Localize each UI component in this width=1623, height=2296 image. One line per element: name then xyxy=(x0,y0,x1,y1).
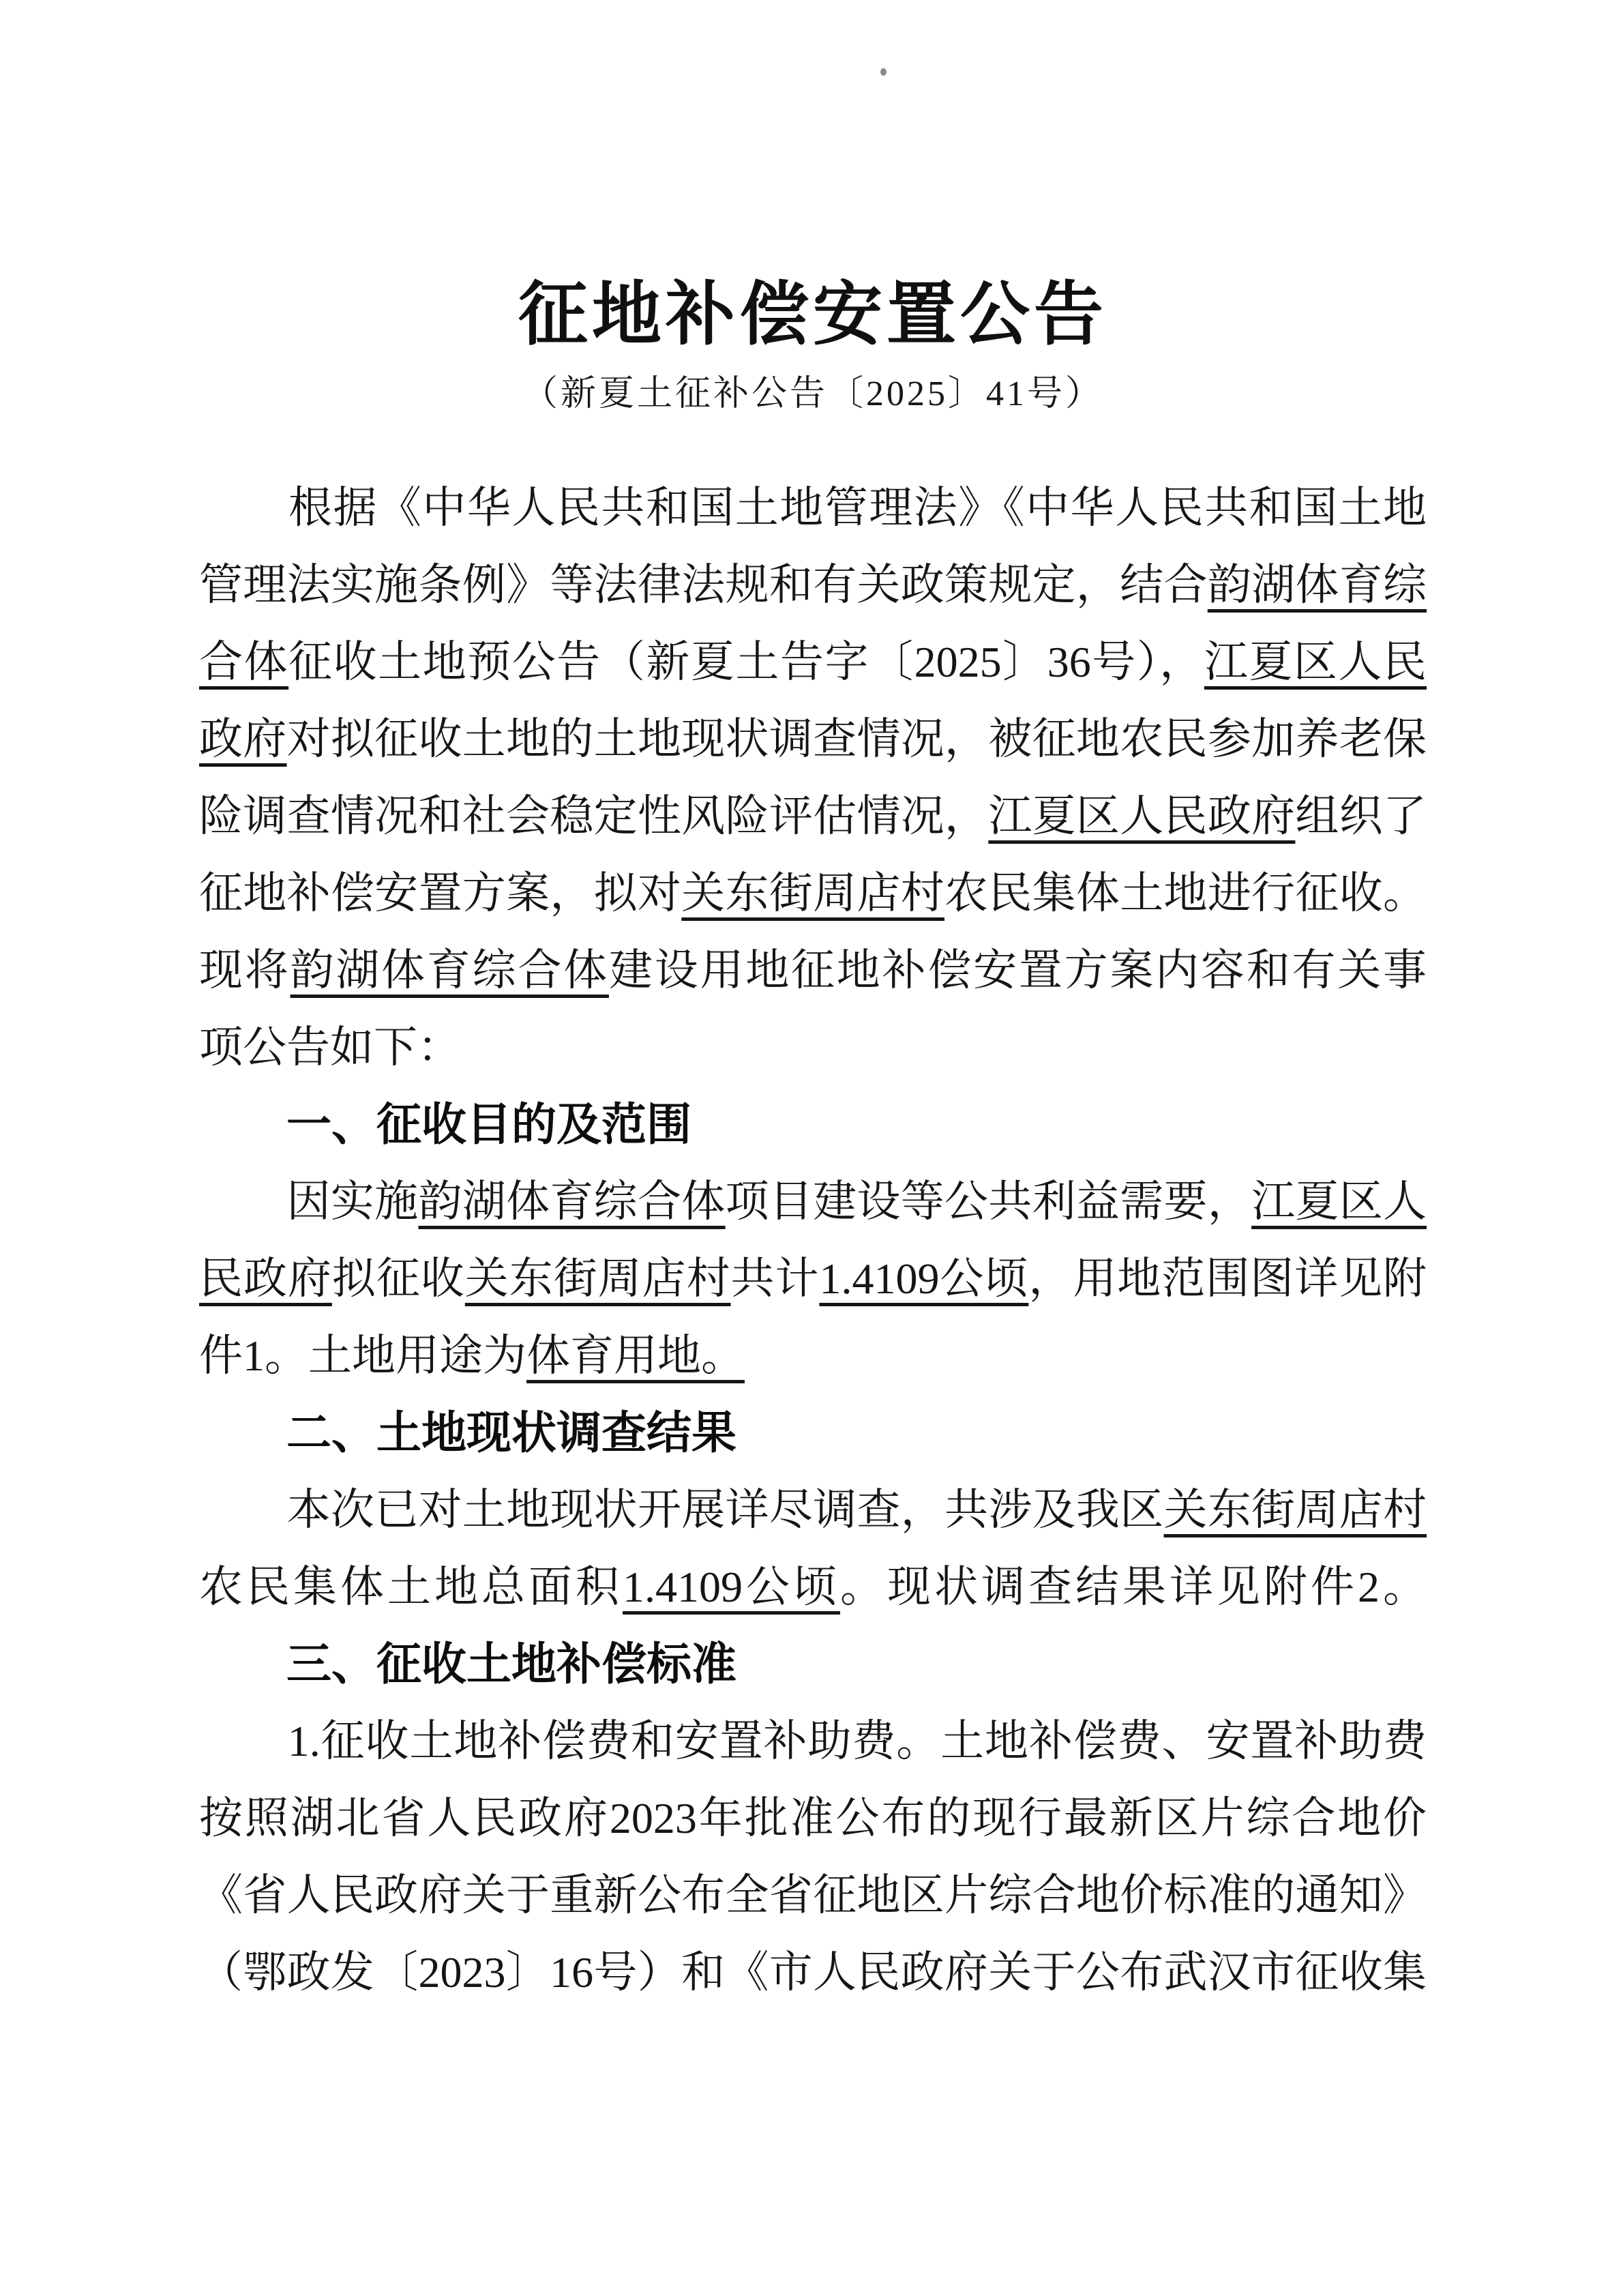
text-segment: 三、征收土地补偿标准 xyxy=(286,1638,736,1689)
underlined-text: 关东街周店村 xyxy=(465,1254,731,1303)
text-segment: 按照湖北省人民政府2023年批准公布的现行最新区片综合地价 xyxy=(199,1794,1427,1842)
text-segment: 项目建设等公共利益需要， xyxy=(726,1177,1252,1226)
section-heading: 三、征收土地补偿标准 xyxy=(199,1625,1427,1703)
document-number: （新夏土征补公告〔2025〕41号） xyxy=(199,374,1427,415)
section-heading: 一、征收目的及范围 xyxy=(199,1086,1427,1163)
text-segment: 。现状调查结果详见附件2。 xyxy=(840,1563,1427,1611)
text-segment: 对拟征收土地的土地现状调查情况，被征地农民参加养老保 xyxy=(287,715,1427,763)
underlined-text: 1.4109公顷 xyxy=(819,1254,1028,1303)
section-heading: 二、土地现状调查结果 xyxy=(199,1394,1427,1471)
underlined-text: 韵湖体育综合体 xyxy=(291,946,609,995)
text-segment: 因实施 xyxy=(199,1177,418,1226)
text-segment: ，用地范围图详见附 xyxy=(1028,1254,1427,1303)
text-segment: 征地补偿安置方案，拟对 xyxy=(199,869,681,917)
text-line: 本次已对土地现状开展详尽调查，共涉及我区关东街周店村 xyxy=(199,1471,1427,1548)
document-page: 征地补偿安置公告 （新夏土征补公告〔2025〕41号） 根据《中华人民共和国土地… xyxy=(0,0,1623,2296)
text-line: 项公告如下： xyxy=(199,1009,1427,1086)
underlined-text: 政府 xyxy=(199,715,287,763)
text-segment: 现将 xyxy=(199,946,291,995)
text-segment: 《省人民政府关于重新公布全省征地区片综合地价标准的通知》 xyxy=(199,1871,1427,1919)
underlined-text: 韵湖体育综 xyxy=(1208,561,1427,609)
text-line: 《省人民政府关于重新公布全省征地区片综合地价标准的通知》 xyxy=(199,1857,1427,1934)
text-line: 合体征收土地预公告（新夏土告字〔2025〕36号），江夏区人民 xyxy=(199,623,1427,701)
text-segment: 二、土地现状调查结果 xyxy=(286,1407,736,1458)
text-segment: 征收土地预公告（新夏土告字〔2025〕36号）， xyxy=(288,638,1204,686)
text-line: 政府对拟征收土地的土地现状调查情况，被征地农民参加养老保 xyxy=(199,701,1427,778)
text-segment: （鄂政发〔2023〕16号）和《市人民政府关于公布武汉市征收集 xyxy=(199,1948,1427,1997)
underlined-text: 江夏区人民 xyxy=(1204,638,1427,686)
text-line: 1.征收土地补偿费和安置补助费。土地补偿费、安置补助费 xyxy=(199,1703,1427,1780)
text-line: 因实施韵湖体育综合体项目建设等公共利益需要，江夏区人 xyxy=(199,1163,1427,1240)
text-segment: 农民集体土地总面积 xyxy=(199,1563,623,1611)
underlined-text: 关东街周店村 xyxy=(681,869,944,917)
text-segment: 拟征收 xyxy=(332,1254,465,1303)
underlined-text: 江夏区人 xyxy=(1251,1177,1427,1226)
document-body: 根据《中华人民共和国土地管理法》《中华人民共和国土地管理法实施条例》等法律法规和… xyxy=(199,469,1427,2011)
text-line: 按照湖北省人民政府2023年批准公布的现行最新区片综合地价 xyxy=(199,1780,1427,1857)
text-line: 险调查情况和社会稳定性风险评估情况，江夏区人民政府组织了 xyxy=(199,778,1427,855)
underlined-text: 韵湖体育综合体 xyxy=(418,1177,725,1226)
text-segment: 建设用地征地补偿安置方案内容和有关事 xyxy=(609,946,1427,995)
underlined-text: 合体 xyxy=(199,638,288,686)
text-line: 农民集体土地总面积1.4109公顷。现状调查结果详见附件2。 xyxy=(199,1548,1427,1625)
text-segment: 项公告如下： xyxy=(199,1023,461,1072)
underlined-text: 体育用地。 xyxy=(526,1331,745,1380)
text-segment: 农民集体土地进行征收。 xyxy=(944,869,1427,917)
text-segment: 1.征收土地补偿费和安置补助费。土地补偿费、安置补助费 xyxy=(199,1717,1427,1765)
text-segment: 本次已对土地现状开展详尽调查，共涉及我区 xyxy=(199,1486,1164,1534)
underlined-text: 江夏区人民政府 xyxy=(988,792,1295,840)
underlined-text: 1.4109公顷 xyxy=(623,1563,840,1611)
text-line: 民政府拟征收关东街周店村共计1.4109公顷，用地范围图详见附 xyxy=(199,1240,1427,1317)
text-segment: 根据《中华人民共和国土地管理法》《中华人民共和国土地 xyxy=(199,484,1427,532)
text-line: 现将韵湖体育综合体建设用地征地补偿安置方案内容和有关事 xyxy=(199,932,1427,1009)
text-line: 件1。土地用途为体育用地。 xyxy=(199,1317,1427,1394)
text-segment: 一、征收目的及范围 xyxy=(286,1099,691,1149)
underlined-text: 民政府 xyxy=(199,1254,332,1303)
text-segment: 险调查情况和社会稳定性风险评估情况， xyxy=(199,792,988,840)
text-line: 根据《中华人民共和国土地管理法》《中华人民共和国土地 xyxy=(199,469,1427,546)
document-title: 征地补偿安置公告 xyxy=(199,278,1427,353)
text-line: （鄂政发〔2023〕16号）和《市人民政府关于公布武汉市征收集 xyxy=(199,1934,1427,2011)
text-segment: 组织了 xyxy=(1295,792,1427,840)
document-content: 征地补偿安置公告 （新夏土征补公告〔2025〕41号） 根据《中华人民共和国土地… xyxy=(199,0,1427,2011)
text-segment: 件1。土地用途为 xyxy=(199,1331,526,1380)
text-segment: 共计 xyxy=(731,1254,820,1303)
text-line: 征地补偿安置方案，拟对关东街周店村农民集体土地进行征收。 xyxy=(199,855,1427,932)
text-segment: 管理法实施条例》等法律法规和有关政策规定，结合 xyxy=(199,561,1208,609)
text-line: 管理法实施条例》等法律法规和有关政策规定，结合韵湖体育综 xyxy=(199,546,1427,623)
underlined-text: 关东街周店村 xyxy=(1164,1486,1427,1534)
